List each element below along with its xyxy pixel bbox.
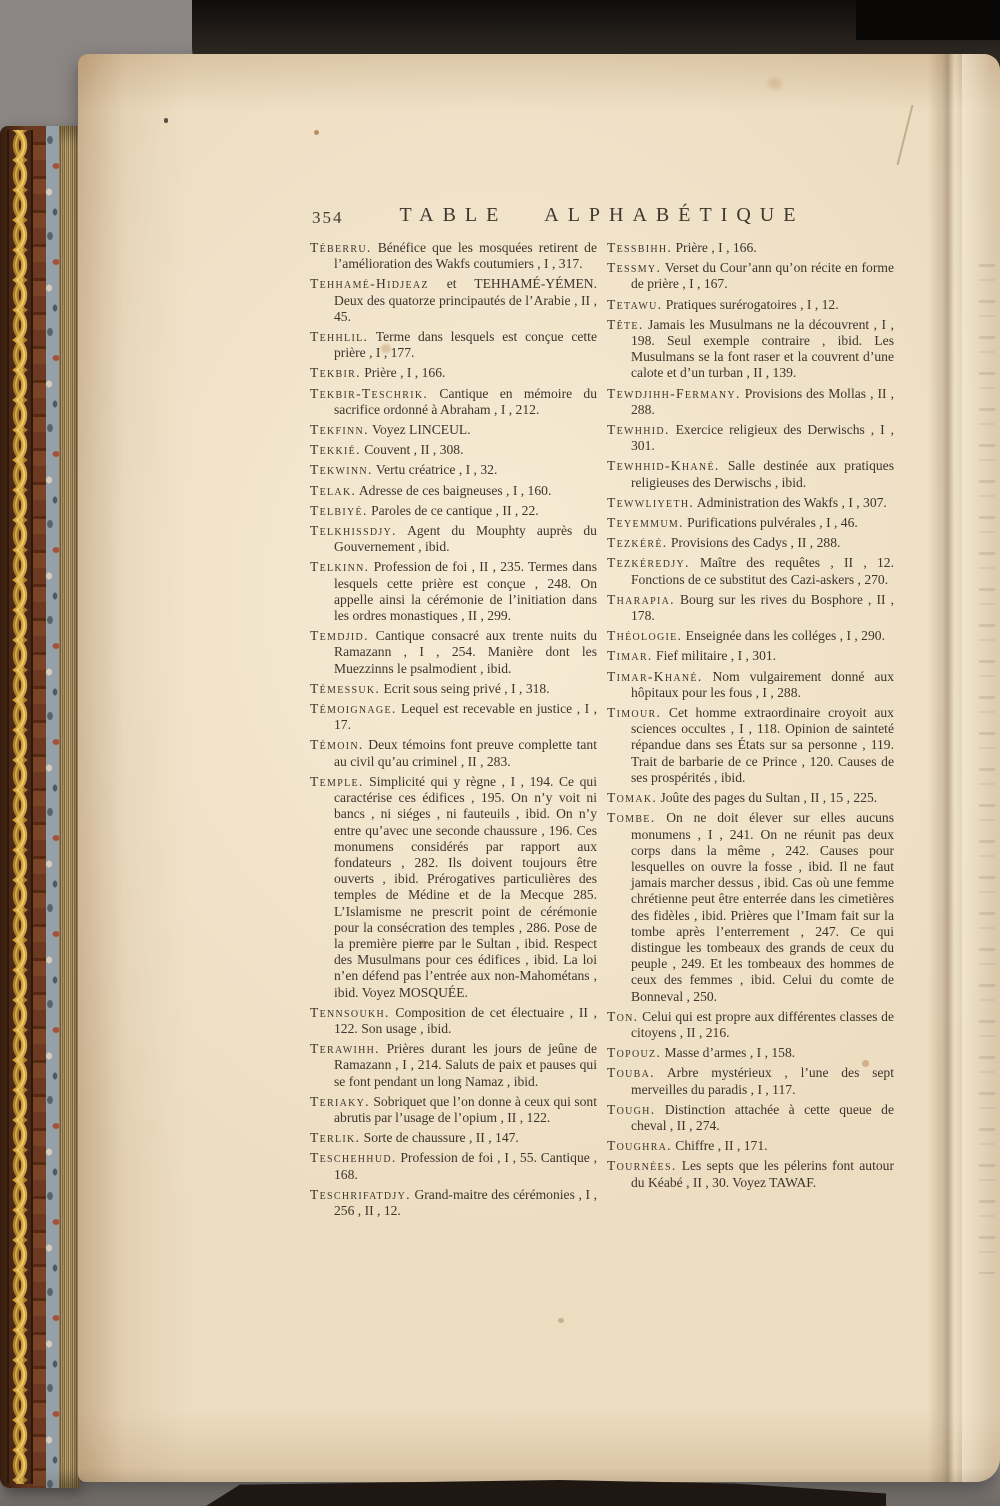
entry-term: Tekwinn. [310, 462, 373, 477]
entry-term: Tekbir. [310, 365, 361, 380]
entry-term: Tennsoukh. [310, 1005, 390, 1020]
book-spine [0, 126, 80, 1488]
index-entry: Temdjid. Cantique consacré aux trente nu… [310, 628, 597, 677]
index-entry: Tournées. Les septs que les pélerins fon… [607, 1158, 894, 1190]
index-entry: Théologie. Enseignée dans les colléges ,… [607, 628, 894, 644]
index-entry: Teyemmum. Purifications pulvérales , I ,… [607, 515, 894, 531]
entry-term: Timar. [607, 648, 653, 663]
index-entry: Tekfinn. Voyez LINCEUL. [310, 422, 597, 438]
index-entry: Toughra. Chiffre , II , 171. [607, 1138, 894, 1154]
entry-text: Terme dans lesquels est conçue cette pri… [334, 329, 597, 360]
entry-term: Tehhlil. [310, 329, 368, 344]
foxing-spot [314, 130, 319, 135]
index-entry: Tezkéré. Provisions des Cadys , II , 288… [607, 535, 894, 551]
entry-term: Témoin. [310, 737, 364, 752]
entry-term: Teschehhud. [310, 1150, 397, 1165]
scratch-mark [897, 105, 914, 166]
index-column-left: Téberru. Bénéfice que les mosquées retir… [310, 240, 597, 1223]
index-entry: Teschrifatdjy. Grand-maitre des cérémoni… [310, 1187, 597, 1219]
entry-text: Bénéfice que les mosquées retirent de l’… [334, 240, 597, 271]
entry-text: Profession de foi , II , 235. Termes dan… [334, 559, 597, 623]
entry-term: Telkinn. [310, 559, 369, 574]
entry-term: Tekbir-Teschrik. [310, 386, 428, 401]
entry-text: Fief militaire , I , 301. [656, 648, 776, 663]
index-entry: Touba. Arbre mystérieux , l’une des sept… [607, 1065, 894, 1097]
entry-text: On ne doit élever sur elles aucuns monum… [631, 810, 894, 1003]
entry-term: Tewdjihh-Fermany. [607, 386, 741, 401]
entry-text: Enseignée dans les colléges , I , 290. [686, 628, 885, 643]
entry-term: Tekfinn. [310, 422, 369, 437]
page-fold-crease [928, 54, 962, 1482]
entry-term: Timour. [607, 705, 661, 720]
entry-term: Témessuk. [310, 681, 380, 696]
entry-text: Ecrit sous seing privé , I , 318. [383, 681, 549, 696]
entry-term: Tewhhid. [607, 422, 670, 437]
index-entry: Tough. Distinction attachée à cette queu… [607, 1102, 894, 1134]
index-entry: Tezkéredjy. Maître des requêtes , II , 1… [607, 555, 894, 587]
entry-term: Tombe. [607, 810, 655, 825]
index-entry: Témessuk. Ecrit sous seing privé , I , 3… [310, 681, 597, 697]
index-entry: Timar-Khané. Nom vulgairement donné aux … [607, 669, 894, 701]
entry-text: Voyez LINCEUL. [372, 422, 471, 437]
gilt-rope-ornament [7, 130, 33, 1484]
entry-term: Terlik. [310, 1130, 360, 1145]
entry-text: Sorte de chaussure , II , 147. [364, 1130, 519, 1145]
index-entry: Telak. Adresse de ces baigneuses , I , 1… [310, 483, 597, 499]
entry-term: Telbiyé. [310, 503, 368, 518]
index-entry: Tombe. On ne doit élever sur elles aucun… [607, 810, 894, 1004]
entry-term: Ton. [607, 1009, 638, 1024]
index-entry: Tennsoukh. Composition de cet électuaire… [310, 1005, 597, 1037]
index-entry: Tewhhid-Khané. Salle destinée aux pratiq… [607, 458, 894, 490]
index-entry: Tekwinn. Vertu créatrice , I , 32. [310, 462, 597, 478]
entry-text: Arbre mystérieux , l’une des sept mervei… [631, 1065, 894, 1096]
entry-term: Telak. [310, 483, 356, 498]
index-entry: Tewwliyeth. Administration des Wakfs , I… [607, 495, 894, 511]
index-entry: Topouz. Masse d’armes , I , 158. [607, 1045, 894, 1061]
index-entry: Tekbir-Teschrik. Cantique en mémoire du … [310, 386, 597, 418]
entry-text: Distinction attachée à cette queue de ch… [631, 1102, 894, 1133]
index-entry: Telkhissdjy. Agent du Mouphty auprès du … [310, 523, 597, 555]
entry-term: Tehhamé-Hidjeaz [310, 276, 429, 291]
marbled-paper-edge [46, 126, 59, 1488]
index-entry: Tomak. Joûte des pages du Sultan , II , … [607, 790, 894, 806]
text-bleed-through [979, 264, 995, 1274]
entry-term: Temdjid. [310, 628, 369, 643]
entry-text: Masse d’armes , I , 158. [665, 1045, 796, 1060]
entry-text: Sobriquet que l’on donne à ceux qui sont… [334, 1094, 597, 1125]
index-column-right: Tessbihh. Prière , I , 166. Tessmy. Vers… [607, 240, 894, 1195]
entry-text: Chiffre , II , 171. [675, 1138, 767, 1153]
index-entry: Timar. Fief militaire , I , 301. [607, 648, 894, 664]
entry-term: Tezkéré. [607, 535, 667, 550]
entry-term: Topouz. [607, 1045, 661, 1060]
top-right-shadow [856, 0, 1000, 40]
entry-text: Paroles de ce cantique , II , 22. [371, 503, 539, 518]
entry-text: Cantique consacré aux trente nuits du Ra… [334, 628, 597, 675]
index-entry: Tewhhid. Exercice religieux des Derwisch… [607, 422, 894, 454]
entry-term: Tomak. [607, 790, 657, 805]
entry-text: Pratiques surérogatoires , I , 12. [666, 297, 839, 312]
entry-text: Exercice religieux des Derwischs , I , 3… [631, 422, 894, 453]
entry-text: Vertu créatrice , I , 32. [376, 462, 498, 477]
entry-text: Provisions des Cadys , II , 288. [671, 535, 841, 550]
entry-term: Théologie. [607, 628, 682, 643]
page-title: TABLE ALPHABÉTIQUE [310, 204, 894, 227]
entry-text: Joûte des pages du Sultan , II , 15 , 22… [660, 790, 877, 805]
index-entry: Timour. Cet homme extraordinaire croyoit… [607, 705, 894, 786]
entry-text: Purifications pulvérales , I , 46. [687, 515, 858, 530]
entry-text: Jamais les Musulmans ne la découvrent , … [631, 317, 894, 381]
entry-term: Touba. [607, 1065, 655, 1080]
index-entry: Tekbir. Prière , I , 166. [310, 365, 597, 381]
entry-term: Tewhhid-Khané. [607, 458, 720, 473]
entry-text: Couvent , II , 308. [364, 442, 463, 457]
index-entry: Témoignage. Lequel est recevable en just… [310, 701, 597, 733]
entry-term: Temple. [310, 774, 364, 789]
entry-text: Deux témoins font preuve complette tant … [334, 737, 597, 768]
running-head: 354 TABLE ALPHABÉTIQUE [310, 204, 894, 238]
entry-term: Timar-Khané. [607, 669, 703, 684]
entry-text: Verset du Cour’ann qu’on récite en forme… [631, 260, 894, 291]
index-entry: Telkinn. Profession de foi , II , 235. T… [310, 559, 597, 624]
index-entry: Telbiyé. Paroles de ce cantique , II , 2… [310, 503, 597, 519]
index-entry: Téberru. Bénéfice que les mosquées retir… [310, 240, 597, 272]
gilded-leaf-edges [59, 126, 80, 1488]
foxing-spot [768, 78, 782, 89]
index-entry: Tessbihh. Prière , I , 166. [607, 240, 894, 256]
entry-text: Cet homme extraordinaire croyoit aux sci… [631, 705, 894, 785]
entry-term: Tewwliyeth. [607, 495, 694, 510]
index-entry: Tehhlil. Terme dans lesquels est conçue … [310, 329, 597, 361]
index-entry: Teriaky. Sobriquet que l’on donne à ceux… [310, 1094, 597, 1126]
entry-term: Tetawu. [607, 297, 662, 312]
entry-term: Tête. [607, 317, 644, 332]
entry-term: Témoignage. [310, 701, 397, 716]
entry-term: Teschrifatdjy. [310, 1187, 411, 1202]
entry-text: Simplicité qui y règne , I , 194. Ce qui… [334, 774, 597, 1000]
index-entry: Terawihh. Prières durant les jours de je… [310, 1041, 597, 1090]
index-entry: Témoin. Deux témoins font preuve complet… [310, 737, 597, 769]
index-entry: Tête. Jamais les Musulmans ne la découvr… [607, 317, 894, 382]
entry-term: Teriaky. [310, 1094, 370, 1109]
entry-term: Tournées. [607, 1158, 677, 1173]
entry-term: Toughra. [607, 1138, 672, 1153]
entry-term: Tessmy. [607, 260, 661, 275]
entry-term: Telkhissdjy. [310, 523, 397, 538]
foxing-spot [558, 1318, 564, 1323]
index-entry: Tetawu. Pratiques surérogatoires , I , 1… [607, 297, 894, 313]
index-entry: Tekkié. Couvent , II , 308. [310, 442, 597, 458]
entry-term: Téberru. [310, 240, 372, 255]
entry-term: Tessbihh. [607, 240, 672, 255]
entry-term: Tezkéredjy. [607, 555, 690, 570]
entry-term: Tharapia. [607, 592, 675, 607]
entry-text: Administration des Wakfs , I , 307. [697, 495, 887, 510]
entry-text: Celui qui est propre aux différentes cla… [631, 1009, 894, 1040]
index-entry: Ton. Celui qui est propre aux différente… [607, 1009, 894, 1041]
entry-term: Tekkié. [310, 442, 361, 457]
index-entry: Terlik. Sorte de chaussure , II , 147. [310, 1130, 597, 1146]
entry-text: Adresse de ces baigneuses , I , 160. [359, 483, 552, 498]
entry-term: Teyemmum. [607, 515, 684, 530]
ink-speck [164, 118, 168, 123]
index-entry: Teschehhud. Profession de foi , I , 55. … [310, 1150, 597, 1182]
entry-text: Prière , I , 166. [364, 365, 445, 380]
index-entry: Tehhamé-Hidjeaz et TEHHAMÉ-YÉMEN. Deux d… [310, 276, 597, 325]
entry-text: Prière , I , 166. [675, 240, 756, 255]
index-entry: Tessmy. Verset du Cour’ann qu’on récite … [607, 260, 894, 292]
entry-term: Terawihh. [310, 1041, 380, 1056]
index-entry: Temple. Simplicité qui y règne , I , 194… [310, 774, 597, 1001]
index-entry: Tewdjihh-Fermany. Provisions des Mollas … [607, 386, 894, 418]
leather-inner-band [33, 126, 46, 1488]
book-page: 354 TABLE ALPHABÉTIQUE Téberru. Bénéfice… [78, 54, 1000, 1482]
index-entry: Tharapia. Bourg sur les rives du Bosphor… [607, 592, 894, 624]
entry-term: Tough. [607, 1102, 655, 1117]
